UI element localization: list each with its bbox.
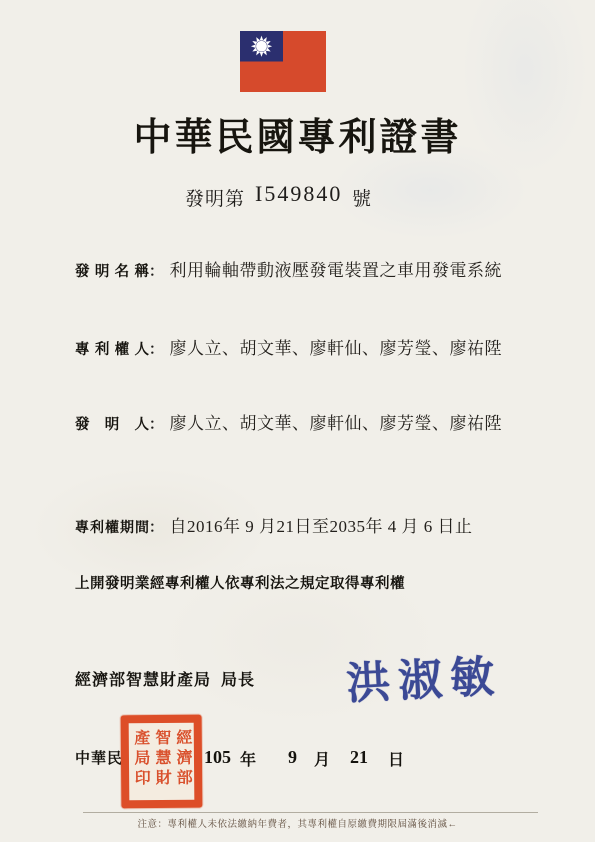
issuing-office: 經濟部智慧財產局 [75, 672, 211, 689]
date-month: 9 [288, 747, 297, 768]
grant-statement: 上開發明業經專利權人依專利法之規定取得專利權 [75, 572, 405, 593]
footnote-text: 注意：專利權人未依法繳納年費者，其專利權自原繳費期限屆滿後消滅← [0, 816, 595, 830]
field-inventor-value: 廖人立、胡文華、廖軒仙、廖芳瑩、廖祐陞 [170, 414, 503, 433]
field-colon: ： [149, 520, 164, 536]
certificate-title: 中華民國專利證書 [0, 106, 595, 161]
date-year-unit: 年 [240, 747, 256, 770]
field-patentee-label: 專利權人 [75, 338, 149, 359]
field-patent-term: 專利權期間：自2016年 9 月21日至2035年 4 月 6 日止 [75, 512, 473, 537]
date-year: 105 [204, 747, 231, 768]
field-patent-term-label: 專利權期間 [75, 517, 149, 537]
roc-national-flag [240, 31, 326, 92]
issue-date-line: 中華民國 105 年 9 月 21 日 [0, 747, 595, 771]
field-inventor-label: 發明人 [75, 413, 149, 434]
field-patentee: 專利權人：廖人立、胡文華、廖軒仙、廖芳瑩、廖祐陞 [75, 334, 502, 359]
date-day-unit: 日 [388, 747, 404, 770]
field-colon: ： [149, 417, 164, 433]
field-colon: ： [149, 342, 164, 358]
date-month-unit: 月 [314, 747, 330, 770]
field-patentee-value: 廖人立、胡文華、廖軒仙、廖芳瑩、廖祐陞 [170, 339, 503, 358]
roc-flag-graphic [240, 31, 326, 92]
official-red-seal: 經濟部智慧財產局印 [121, 715, 203, 809]
footer-divider [83, 812, 538, 813]
director-general-signature: 洪淑敏 [344, 640, 503, 712]
field-patent-term-value: 自2016年 9 月21日至2035年 4 月 6 日止 [170, 517, 473, 536]
patent-number-prefix: 發明第 [185, 184, 245, 211]
field-invention-name: 發明名稱：利用輪軸帶動液壓發電裝置之車用發電系統 [75, 256, 502, 281]
field-invention-name-label: 發明名稱 [75, 260, 149, 281]
field-invention-name-value: 利用輪軸帶動液壓發電裝置之車用發電系統 [170, 261, 503, 280]
patent-number-line: 發明第 I549840 號 [0, 181, 595, 211]
field-colon: ： [149, 264, 164, 280]
seal-script-text: 經濟部智慧財產局印 [130, 728, 194, 795]
issuing-authority: 經濟部智慧財產局局長 [75, 667, 255, 690]
issuing-office-title: 局長 [221, 672, 255, 689]
patent-number-value: I549840 [255, 181, 342, 207]
date-day: 21 [350, 747, 368, 768]
field-inventor: 發明人：廖人立、胡文華、廖軒仙、廖芳瑩、廖祐陞 [75, 409, 502, 434]
patent-number-suffix: 號 [352, 184, 371, 211]
